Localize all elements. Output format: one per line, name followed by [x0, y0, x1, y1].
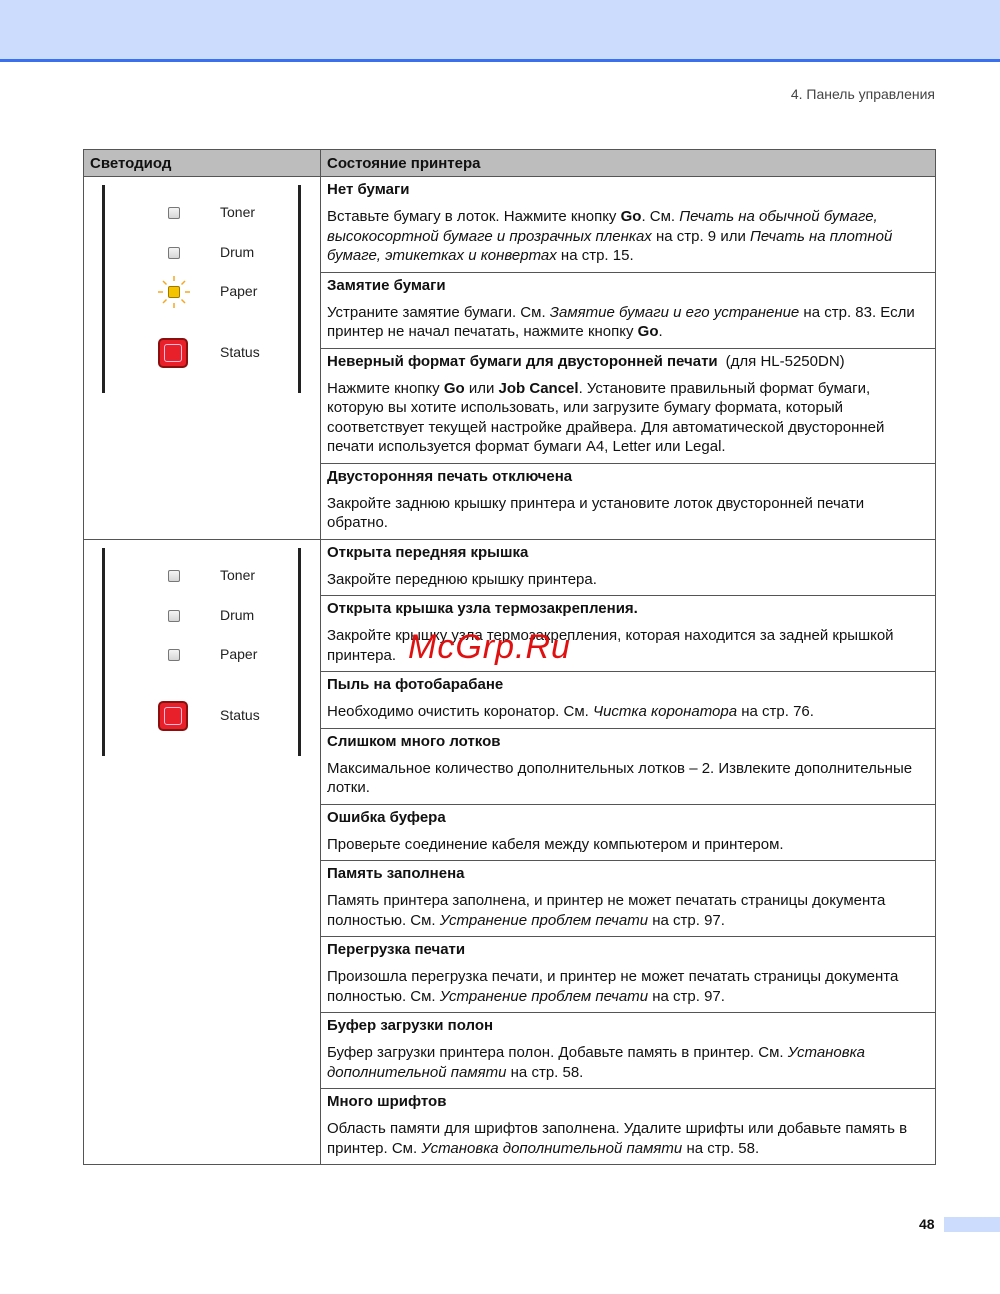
state-entry: Ошибка буфераПроверьте соединение кабеля… — [321, 805, 935, 862]
led-label: Drum — [220, 607, 254, 623]
state-description: Закройте переднюю крышку принтера. — [327, 570, 929, 590]
state-description: Необходимо очистить коронатор. См. Чистк… — [327, 702, 929, 722]
state-title: Перегрузка печати — [327, 940, 929, 959]
led-drum-icon — [168, 610, 180, 622]
state-title: Открыта передняя крышка — [327, 543, 929, 562]
state-title: Буфер загрузки полон — [327, 1016, 929, 1035]
cross-reference-link[interactable]: Установка дополнительной памяти — [421, 1140, 682, 1157]
state-title: Слишком много лотков — [327, 732, 929, 751]
chapter-title: 4. Панель управления — [791, 86, 935, 102]
led-panel-cell: TonerDrumPaperStatus — [84, 539, 321, 1165]
state-entry: Открыта передняя крышкаЗакройте переднюю… — [321, 540, 935, 597]
panel-border-right — [298, 185, 301, 393]
led-label: Toner — [220, 204, 255, 220]
state-entry: Пыль на фотобарабанеНеобходимо очистить … — [321, 672, 935, 729]
state-entry: Перегрузка печатиПроизошла перегрузка пе… — [321, 937, 935, 1013]
led-label: Drum — [220, 244, 254, 260]
led-label: Paper — [220, 283, 257, 299]
state-description: Максимальное количество дополнительных л… — [327, 759, 929, 798]
state-title: Много шрифтов — [327, 1092, 929, 1111]
cross-reference-link[interactable]: Чистка коронатора — [593, 703, 737, 720]
state-entry: Нет бумагиВставьте бумагу в лоток. Нажми… — [321, 177, 935, 273]
state-entry: Много шрифтовОбласть памяти для шрифтов … — [321, 1089, 935, 1164]
panel-border-right — [298, 548, 301, 756]
led-group-row: TonerDrumPaperStatusНет бумагиВставьте б… — [84, 177, 936, 540]
state-description: Буфер загрузки принтера полон. Добавьте … — [327, 1043, 929, 1082]
led-label: Toner — [220, 567, 255, 583]
state-entry: Слишком много лотковМаксимальное количес… — [321, 729, 935, 805]
blink-rays-icon — [157, 275, 191, 309]
led-panel: TonerDrumPaperStatus — [84, 185, 320, 400]
led-label: Status — [220, 707, 260, 723]
led-status-icon — [158, 701, 188, 731]
led-toner-icon — [168, 570, 180, 582]
state-description: Проверьте соединение кабеля между компью… — [327, 835, 929, 855]
state-description: Вставьте бумагу в лоток. Нажмите кнопку … — [327, 207, 929, 266]
led-paper-icon — [168, 649, 180, 661]
state-description: Область памяти для шрифтов заполнена. Уд… — [327, 1119, 929, 1158]
panel-border-left — [102, 548, 105, 756]
state-entry: Замятие бумагиУстраните замятие бумаги. … — [321, 273, 935, 349]
state-description: Закройте заднюю крышку принтера и устано… — [327, 494, 929, 533]
led-panel-cell: TonerDrumPaperStatus — [84, 177, 321, 540]
state-description: Нажмите кнопку Go или Job Cancel. Устано… — [327, 379, 929, 457]
state-title: Замятие бумаги — [327, 276, 929, 295]
state-title: Двусторонняя печать отключена — [327, 467, 929, 486]
led-status-icon — [158, 338, 188, 368]
led-paper-icon — [168, 286, 180, 298]
cross-reference-link[interactable]: Устранение проблем печати — [440, 988, 648, 1005]
printer-state-cell: Нет бумагиВставьте бумагу в лоток. Нажми… — [321, 177, 936, 540]
led-panel: TonerDrumPaperStatus — [84, 548, 320, 763]
state-entry: Двусторонняя печать отключенаЗакройте за… — [321, 464, 935, 539]
state-title: Нет бумаги — [327, 180, 929, 199]
column-header-state: Состояние принтера — [321, 150, 936, 177]
panel-border-left — [102, 185, 105, 393]
cross-reference-link[interactable]: Устранение проблем печати — [440, 912, 648, 929]
state-title: Ошибка буфера — [327, 808, 929, 827]
cross-reference-link[interactable]: Замятие бумаги и его устранение — [550, 304, 799, 321]
led-label: Status — [220, 344, 260, 360]
state-title: Память заполнена — [327, 864, 929, 883]
state-title: Открыта крышка узла термозакрепления. — [327, 599, 929, 618]
led-toner-icon — [168, 207, 180, 219]
led-drum-icon — [168, 247, 180, 259]
state-title: Пыль на фотобарабане — [327, 675, 929, 694]
watermark: McGrp.Ru — [408, 628, 571, 667]
column-header-led: Светодиод — [84, 150, 321, 177]
state-entry: Память заполненаПамять принтера заполнен… — [321, 861, 935, 937]
led-label: Paper — [220, 646, 257, 662]
state-entry: Неверный формат бумаги для двусторонней … — [321, 349, 935, 464]
state-title: Неверный формат бумаги для двусторонней … — [327, 352, 929, 371]
page-number: 48 — [919, 1216, 935, 1232]
state-description: Произошла перегрузка печати, и принтер н… — [327, 967, 929, 1006]
header-band — [0, 0, 1000, 62]
state-description: Устраните замятие бумаги. См. Замятие бу… — [327, 303, 929, 342]
state-description: Память принтера заполнена, и принтер не … — [327, 891, 929, 930]
model-note: (для HL-5250DN) — [726, 353, 845, 370]
footer-band — [944, 1217, 1000, 1232]
state-entry: Буфер загрузки полонБуфер загрузки принт… — [321, 1013, 935, 1089]
